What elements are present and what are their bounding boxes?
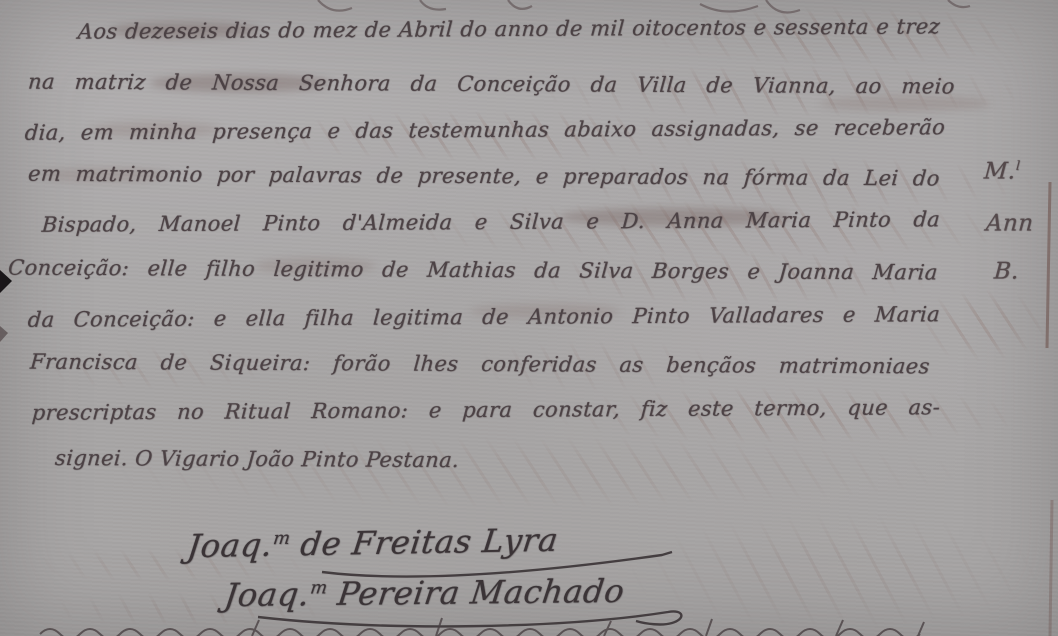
- record-line-6: Conceição: elle filho legitimo de Mathia…: [7, 255, 939, 286]
- scan-edge-artifact: [0, 326, 8, 342]
- record-line-8: Francisca de Siqueira: forão lhes confer…: [29, 349, 931, 380]
- signature-pereira-machado: Joaq.m Pereira Machado: [222, 572, 627, 614]
- record-line-10: signei. O Vigario João Pinto Pestana.: [54, 445, 460, 473]
- record-line-7: da Conceição: e ella filha legitima de A…: [27, 301, 941, 333]
- margin-note-initial: B.: [993, 258, 1020, 285]
- signature-freitas-lyra: Joaq.m de Freitas Lyra: [185, 521, 560, 565]
- record-line-4: em matrimonio por palavras de presente, …: [27, 161, 941, 192]
- margin-note-groom: M.l: [983, 158, 1021, 185]
- margin-note-text: B.: [993, 259, 1020, 285]
- margin-note-bride: Ann: [985, 210, 1034, 237]
- record-line-9: prescriptas no Ritual Romano: e para con…: [31, 394, 941, 426]
- page-fold-line: [1050, 500, 1052, 636]
- cut-off-line-bottom-fragment: [40, 618, 924, 636]
- page-fold-line: [1047, 182, 1050, 348]
- signature-text: de Freitas Lyra: [288, 521, 561, 564]
- record-line-2: na matriz de Nossa Senhora da Conceição …: [27, 69, 956, 100]
- margin-note-superscript: l: [1016, 158, 1022, 173]
- signature-text: Pereira Machado: [325, 572, 627, 613]
- manuscript-page: Aos dezeseis dias do mez de Abril do ann…: [0, 0, 1058, 636]
- signature-text: Joaq.: [222, 575, 312, 614]
- margin-note-text: M.: [983, 159, 1016, 185]
- record-line-1: Aos dezeseis dias do mez de Abril do ann…: [77, 13, 941, 44]
- signature-text: Joaq.: [185, 526, 275, 565]
- record-line-5: Bispado, Manoel Pinto d'Almeida e Silva …: [41, 206, 941, 237]
- ink-bleedthrough-patch: [620, 512, 1050, 630]
- cut-off-line-top-fragment: [318, 0, 970, 12]
- record-line-3: dia, em minha presença e das testemunhas…: [24, 114, 946, 146]
- margin-note-text: Ann: [985, 211, 1034, 237]
